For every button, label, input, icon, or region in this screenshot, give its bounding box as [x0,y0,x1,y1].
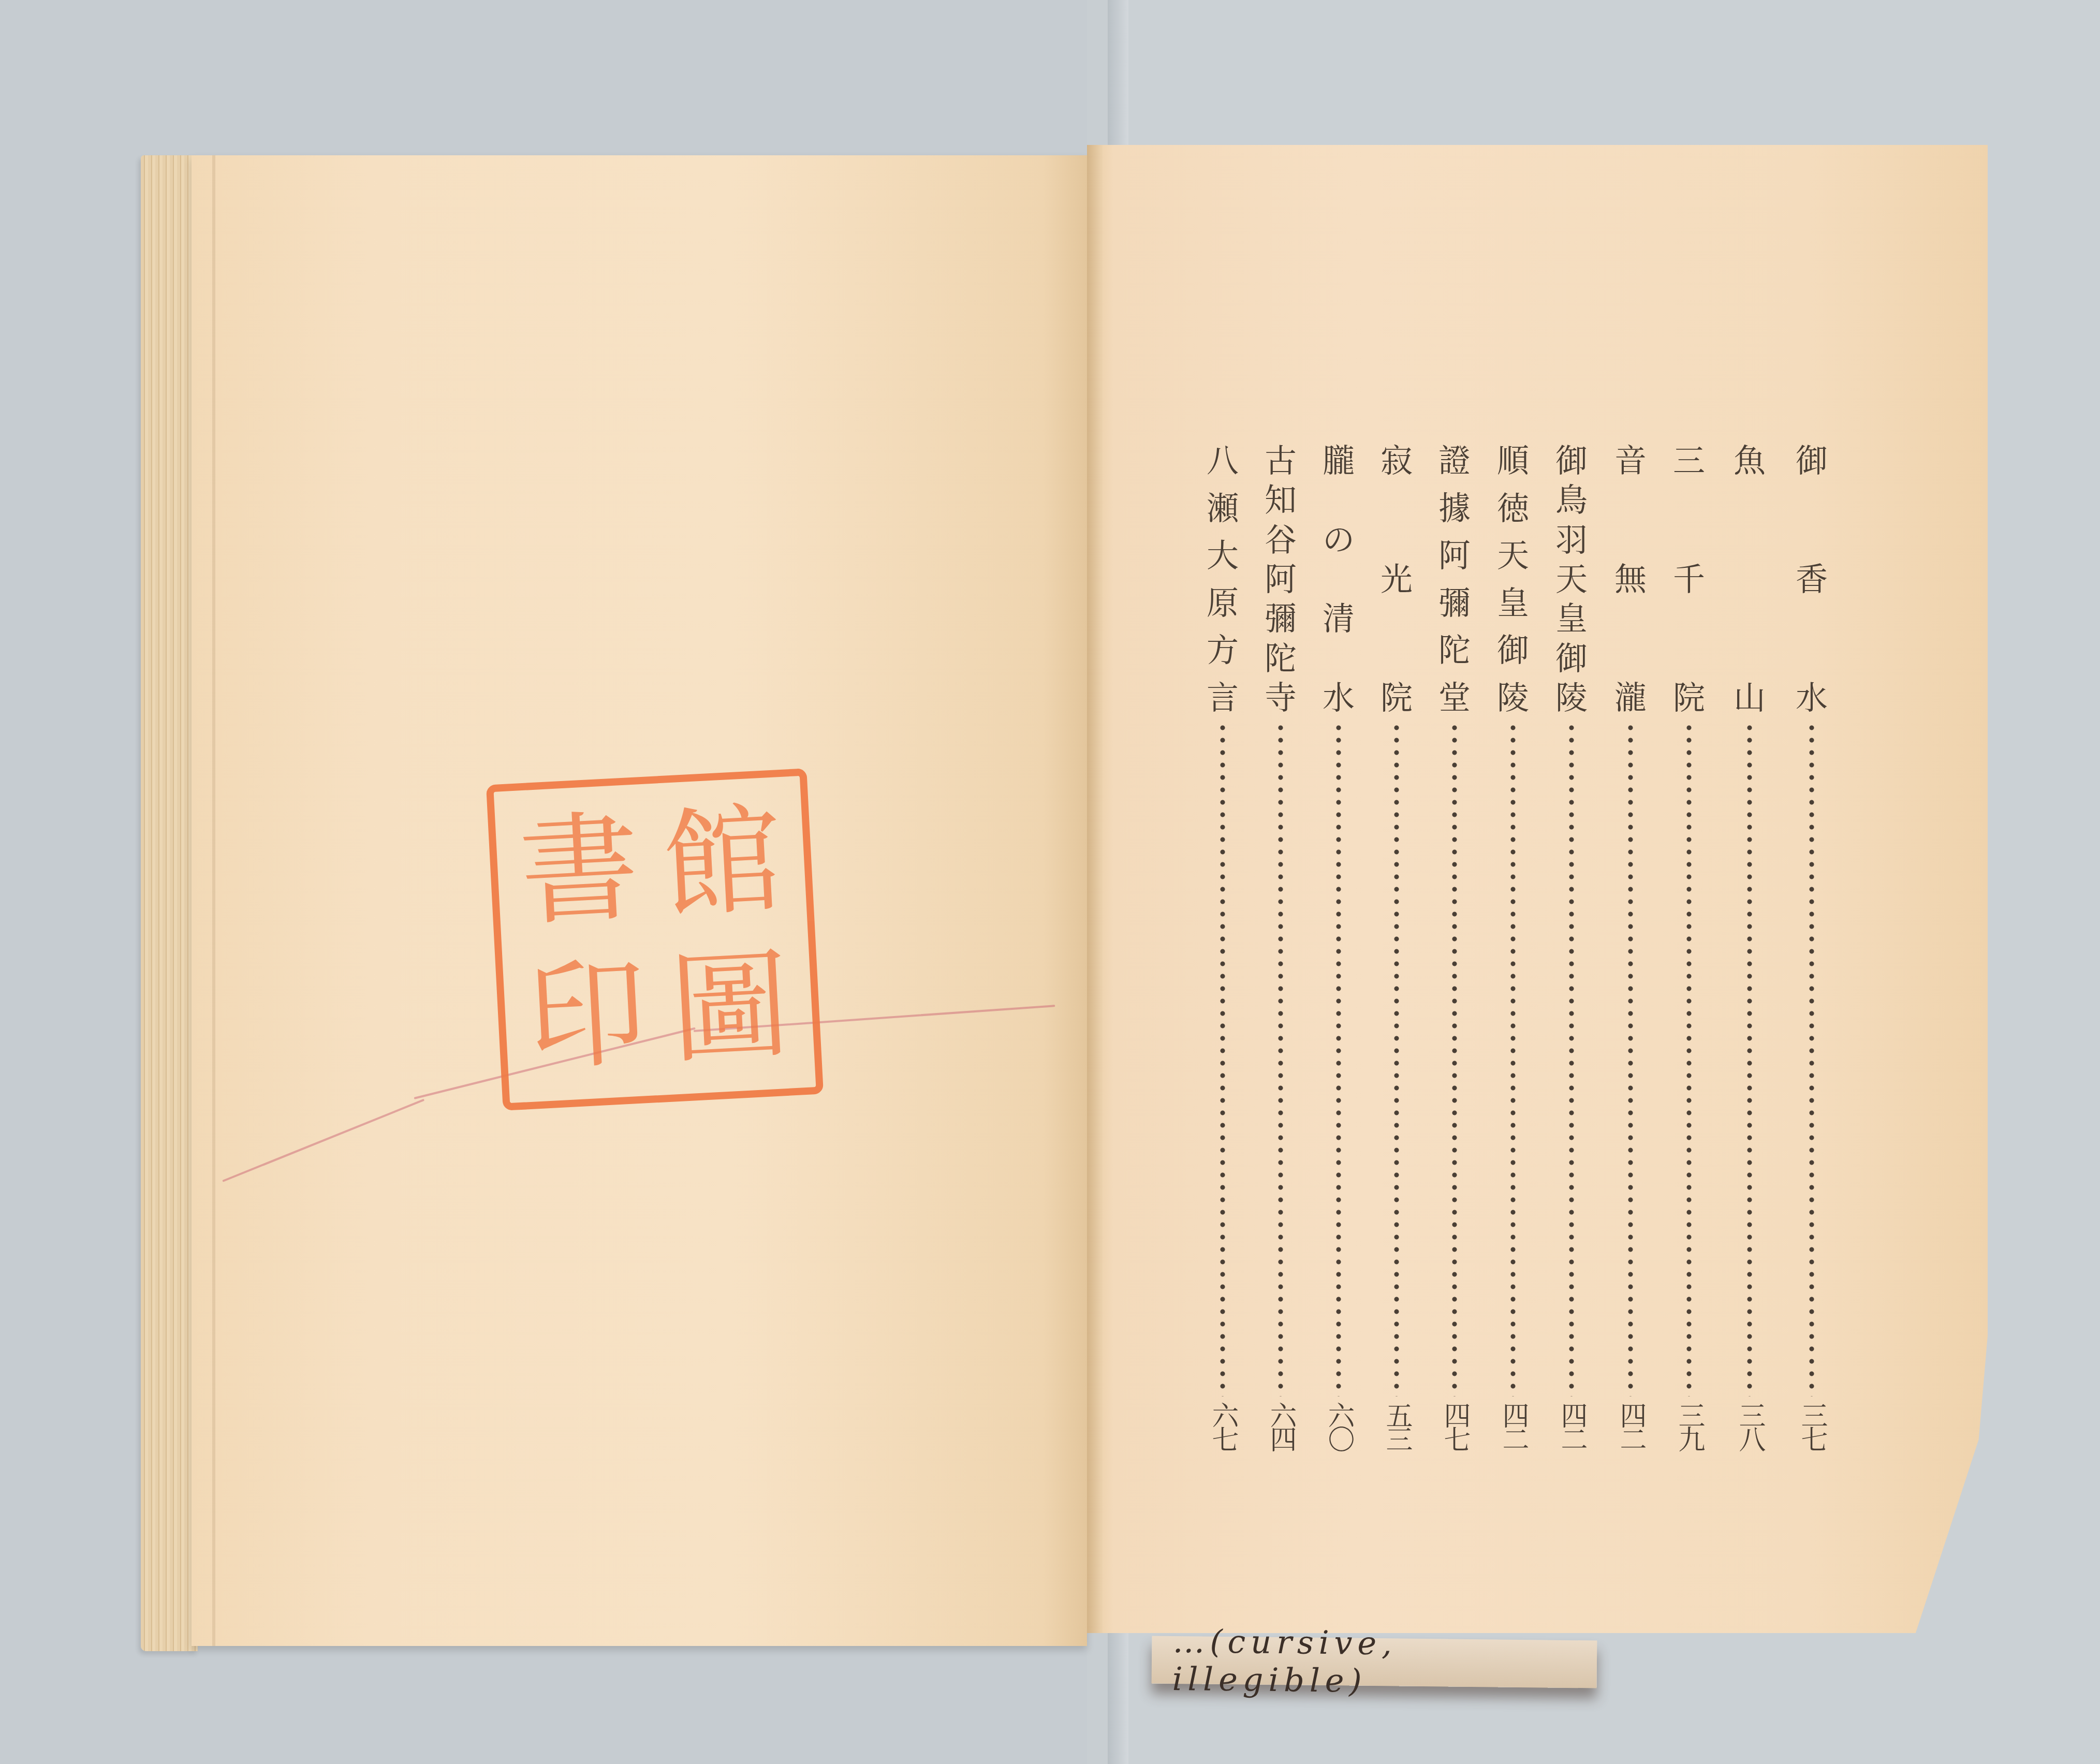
toc-title-char: 陀 [1438,635,1471,667]
handwritten-slip: …(cursive, illegible) [1152,1636,1597,1688]
toc-title-char: 光 [1381,564,1413,596]
toc-title-char: 三 [1673,445,1705,477]
toc-title-char: 朧 [1323,445,1355,477]
toc-title-char: 鳥 [1555,484,1588,517]
seal-char: 印 [512,939,662,1092]
toc-entry-title: 三千院 [1673,445,1705,714]
toc-entry: 朧の清水六〇 [1318,445,1359,1449]
pencil-mark [222,1099,424,1182]
toc-entry: 御鳥羽天皇御陵四二 [1551,445,1592,1449]
toc-entry-title: 八瀬大原方言 [1207,445,1239,714]
toc-dot-leader [1747,722,1752,1396]
toc-title-char: 院 [1381,682,1413,714]
toc-entry-page-number: 四二 [1500,1402,1526,1449]
toc-entry: 御香水三七 [1791,445,1832,1449]
toc-entry-title: 御香水 [1796,445,1828,714]
toc-title-char: 香 [1796,564,1828,596]
toc-dot-leader [1510,722,1516,1396]
seal-char: 書 [505,794,655,947]
toc-dot-leader [1336,722,1341,1396]
toc-title-char: 徳 [1497,493,1529,525]
toc-title-char: 堂 [1438,682,1471,714]
toc-title-char: 彌 [1265,603,1297,635]
toc-title-char: 寺 [1265,682,1297,714]
left-page-margin [212,155,215,1646]
toc-title-char: 證 [1438,445,1471,477]
toc-title-char: 水 [1323,682,1355,714]
toc-title-char: 據 [1438,493,1471,525]
toc-entry-page-number: 六四 [1267,1402,1294,1449]
toc-entry-page-number: 四七 [1441,1402,1468,1449]
toc-entry-page-number: 三八 [1736,1402,1763,1449]
toc-title-char: 御 [1796,445,1828,477]
toc-entry-title: 寂光院 [1381,445,1413,714]
right-page-gutter [1087,145,1103,1633]
toc-title-char: 瀧 [1614,682,1647,714]
toc-dot-leader [1220,722,1225,1396]
toc-title-char: 清 [1323,603,1355,635]
toc-title-char: 瀬 [1207,493,1239,525]
toc-title-char: 言 [1207,682,1239,714]
toc-title-char: 皇 [1497,587,1529,620]
toc-entry: 順徳天皇御陵四二 [1492,445,1534,1449]
toc-dot-leader [1278,722,1283,1396]
toc-title-char: 御 [1555,643,1588,675]
toc-title-char: 陵 [1555,682,1588,714]
toc-title-char: 原 [1207,587,1239,620]
toc-title-char: 山 [1734,682,1766,714]
toc-entry-page-number: 五三 [1383,1402,1410,1449]
toc-entry: 寂光院五三 [1376,445,1417,1449]
toc-entry: 古知谷阿彌陀寺六四 [1260,445,1301,1449]
toc-title-char: 寂 [1381,445,1413,477]
toc-entry: 八瀬大原方言六七 [1202,445,1243,1449]
toc-entry: 魚山三八 [1729,445,1770,1449]
toc-entry-page-number: 四二 [1617,1402,1644,1449]
toc-title-char: 魚 [1734,445,1766,477]
toc-title-char: 陀 [1265,643,1297,675]
seal-char: 圖 [655,932,805,1085]
toc-entry-title: 御鳥羽天皇御陵 [1555,445,1588,714]
handwritten-slip-text: …(cursive, illegible) [1172,1622,1597,1702]
book-page-edges [141,155,198,1651]
toc-dot-leader [1569,722,1574,1396]
toc-title-char: 水 [1796,682,1828,714]
toc-title-char: 天 [1555,564,1588,596]
toc-title-char: 千 [1673,564,1705,596]
toc-title-char: 古 [1265,445,1297,477]
toc-title-char: 彌 [1438,587,1471,620]
toc-title-char: 知 [1265,484,1297,517]
toc-entry-title: 朧の清水 [1323,445,1355,714]
toc-entry-title: 順徳天皇御陵 [1497,445,1529,714]
toc-title-char: 院 [1673,682,1705,714]
toc-title-char: の [1323,524,1355,556]
seal-char: 館 [647,787,797,939]
toc-entry-page-number: 四二 [1558,1402,1585,1449]
toc-title-char: 順 [1497,445,1529,477]
toc-entry: 音無瀧四二 [1610,445,1651,1449]
toc-title-char: 阿 [1438,540,1471,572]
toc-title-char: 八 [1207,445,1239,477]
toc-entry-title: 古知谷阿彌陀寺 [1265,445,1297,714]
toc-dot-leader [1809,722,1814,1396]
toc-entry-title: 證據阿彌陀堂 [1438,445,1471,714]
toc-dot-leader [1452,722,1457,1396]
library-seal: 書 館 印 圖 [486,768,824,1111]
toc-title-char: 方 [1207,635,1239,667]
toc-title-char: 羽 [1555,524,1588,556]
toc-title-char: 無 [1614,564,1647,596]
toc-entry-title: 魚山 [1734,445,1766,714]
toc-title-char: 音 [1614,445,1647,477]
toc-title-char: 谷 [1265,524,1297,556]
toc-title-char: 陵 [1497,682,1529,714]
toc-dot-leader [1686,722,1692,1396]
toc-title-char: 御 [1555,445,1588,477]
toc-entry-page-number: 六〇 [1325,1402,1352,1449]
toc-entry: 證據阿彌陀堂四七 [1434,445,1475,1449]
toc-dot-leader [1628,722,1633,1396]
toc-title-char: 天 [1497,540,1529,572]
toc-entry-page-number: 三七 [1798,1402,1825,1449]
toc-title-char: 御 [1497,635,1529,667]
toc-entry-page-number: 三九 [1676,1402,1702,1449]
toc-entry-title: 音無瀧 [1614,445,1647,714]
toc-dot-leader [1394,722,1399,1396]
toc-title-char: 大 [1207,540,1239,572]
toc-entry-page-number: 六七 [1209,1402,1236,1449]
toc-entry: 三千院三九 [1668,445,1710,1449]
toc-title-char: 阿 [1265,564,1297,596]
toc-title-char: 皇 [1555,603,1588,635]
